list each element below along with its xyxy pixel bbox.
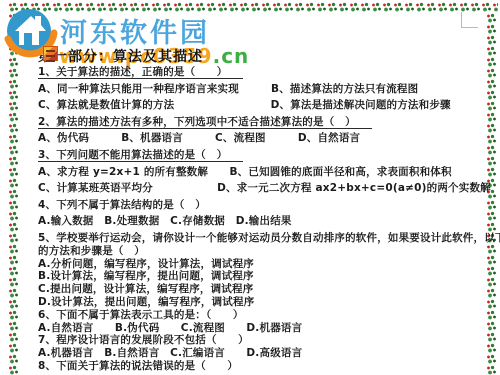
- question-4: 4、下列不属于算法结构的是（ ）: [38, 197, 491, 214]
- document-page: 河东软件园 www.pc0359.cn 第一部分：算法及其描述 1、关于算法的描…: [0, 0, 500, 375]
- question-2-options: A、伪代码 B、机器语言 C、流程图 D、自然语言: [38, 130, 491, 147]
- text-boundary-corner-mark: [461, 12, 478, 28]
- site-name: 河东软件园: [60, 11, 210, 50]
- question-6: 6、下面不属于算法表示工具的是：（ ）: [38, 309, 500, 322]
- question-2: 2、算法的描述方法有多种，下列选项中不适合描述算法的是（ ）: [38, 114, 491, 131]
- question-5-line2: 的方法和步骤是（ ）: [38, 245, 500, 258]
- question-1-options-cd: C、算法就是数值计算的方法 D、算法是描述解决问题的方法和步骤: [38, 97, 491, 114]
- questions-block-2: 5、学校要举行运动会，请你设计一个能够对运动员分数自动排序的软件，如果要设计此软…: [38, 232, 500, 373]
- question-5-line1: 5、学校要举行运动会，请你设计一个能够对运动员分数自动排序的软件，如果要设计此软…: [38, 232, 500, 245]
- question-7: 7、程序设计语言的发展阶段不包括（ ）: [38, 334, 500, 347]
- watermark-tld: .cn: [213, 44, 250, 68]
- question-5-option-a: A.分析问题，编写程序，设计算法，调试程序: [38, 258, 500, 271]
- page-border-left: [8, 13, 19, 375]
- question-5-option-b: B.设计算法，编写程序，提出问题，调试程序: [38, 270, 500, 283]
- question-8: 8、下面关于算法的说法错误的是（ ）: [38, 360, 500, 373]
- logo-stamp-icon: [43, 46, 58, 61]
- question-3-options-cd: C、计算某班英语平均分 D、求一元二次方程 ax2+bx+c=0(a≠0)的两个…: [38, 180, 491, 197]
- question-5-option-d: D.设计算法，提出问题，编写程序，调试程序: [38, 296, 500, 309]
- question-7-options: A.机器语言 B.自然语言 C.汇编语言 D.高级语言: [38, 347, 500, 360]
- question-6-options: A.自然语言 B.伪代码 C.流程图 D.机器语言: [38, 322, 500, 335]
- question-3: 3、下列问题不能用算法描述的是（ ）: [38, 147, 491, 164]
- question-3-options-ab: A、求方程 y=2x+1 的所有整数解 B、已知圆锥的底面半径和高，求表面积和体…: [38, 164, 491, 181]
- question-4-options: A.输入数据 B.处理数据 C.存储数据 D.输出结果: [38, 213, 491, 230]
- questions-block-1: 1、关于算法的描述，正确的是（ ） A、同一种算法只能用一种程序语言来实现 B、…: [38, 64, 491, 230]
- question-5-option-c: C.提出问题，设计算法，编写程序，调试程序: [38, 283, 500, 296]
- question-1-options-ab: A、同一种算法只能用一种程序语言来实现 B、描述算法的方法只有流程图: [38, 81, 491, 98]
